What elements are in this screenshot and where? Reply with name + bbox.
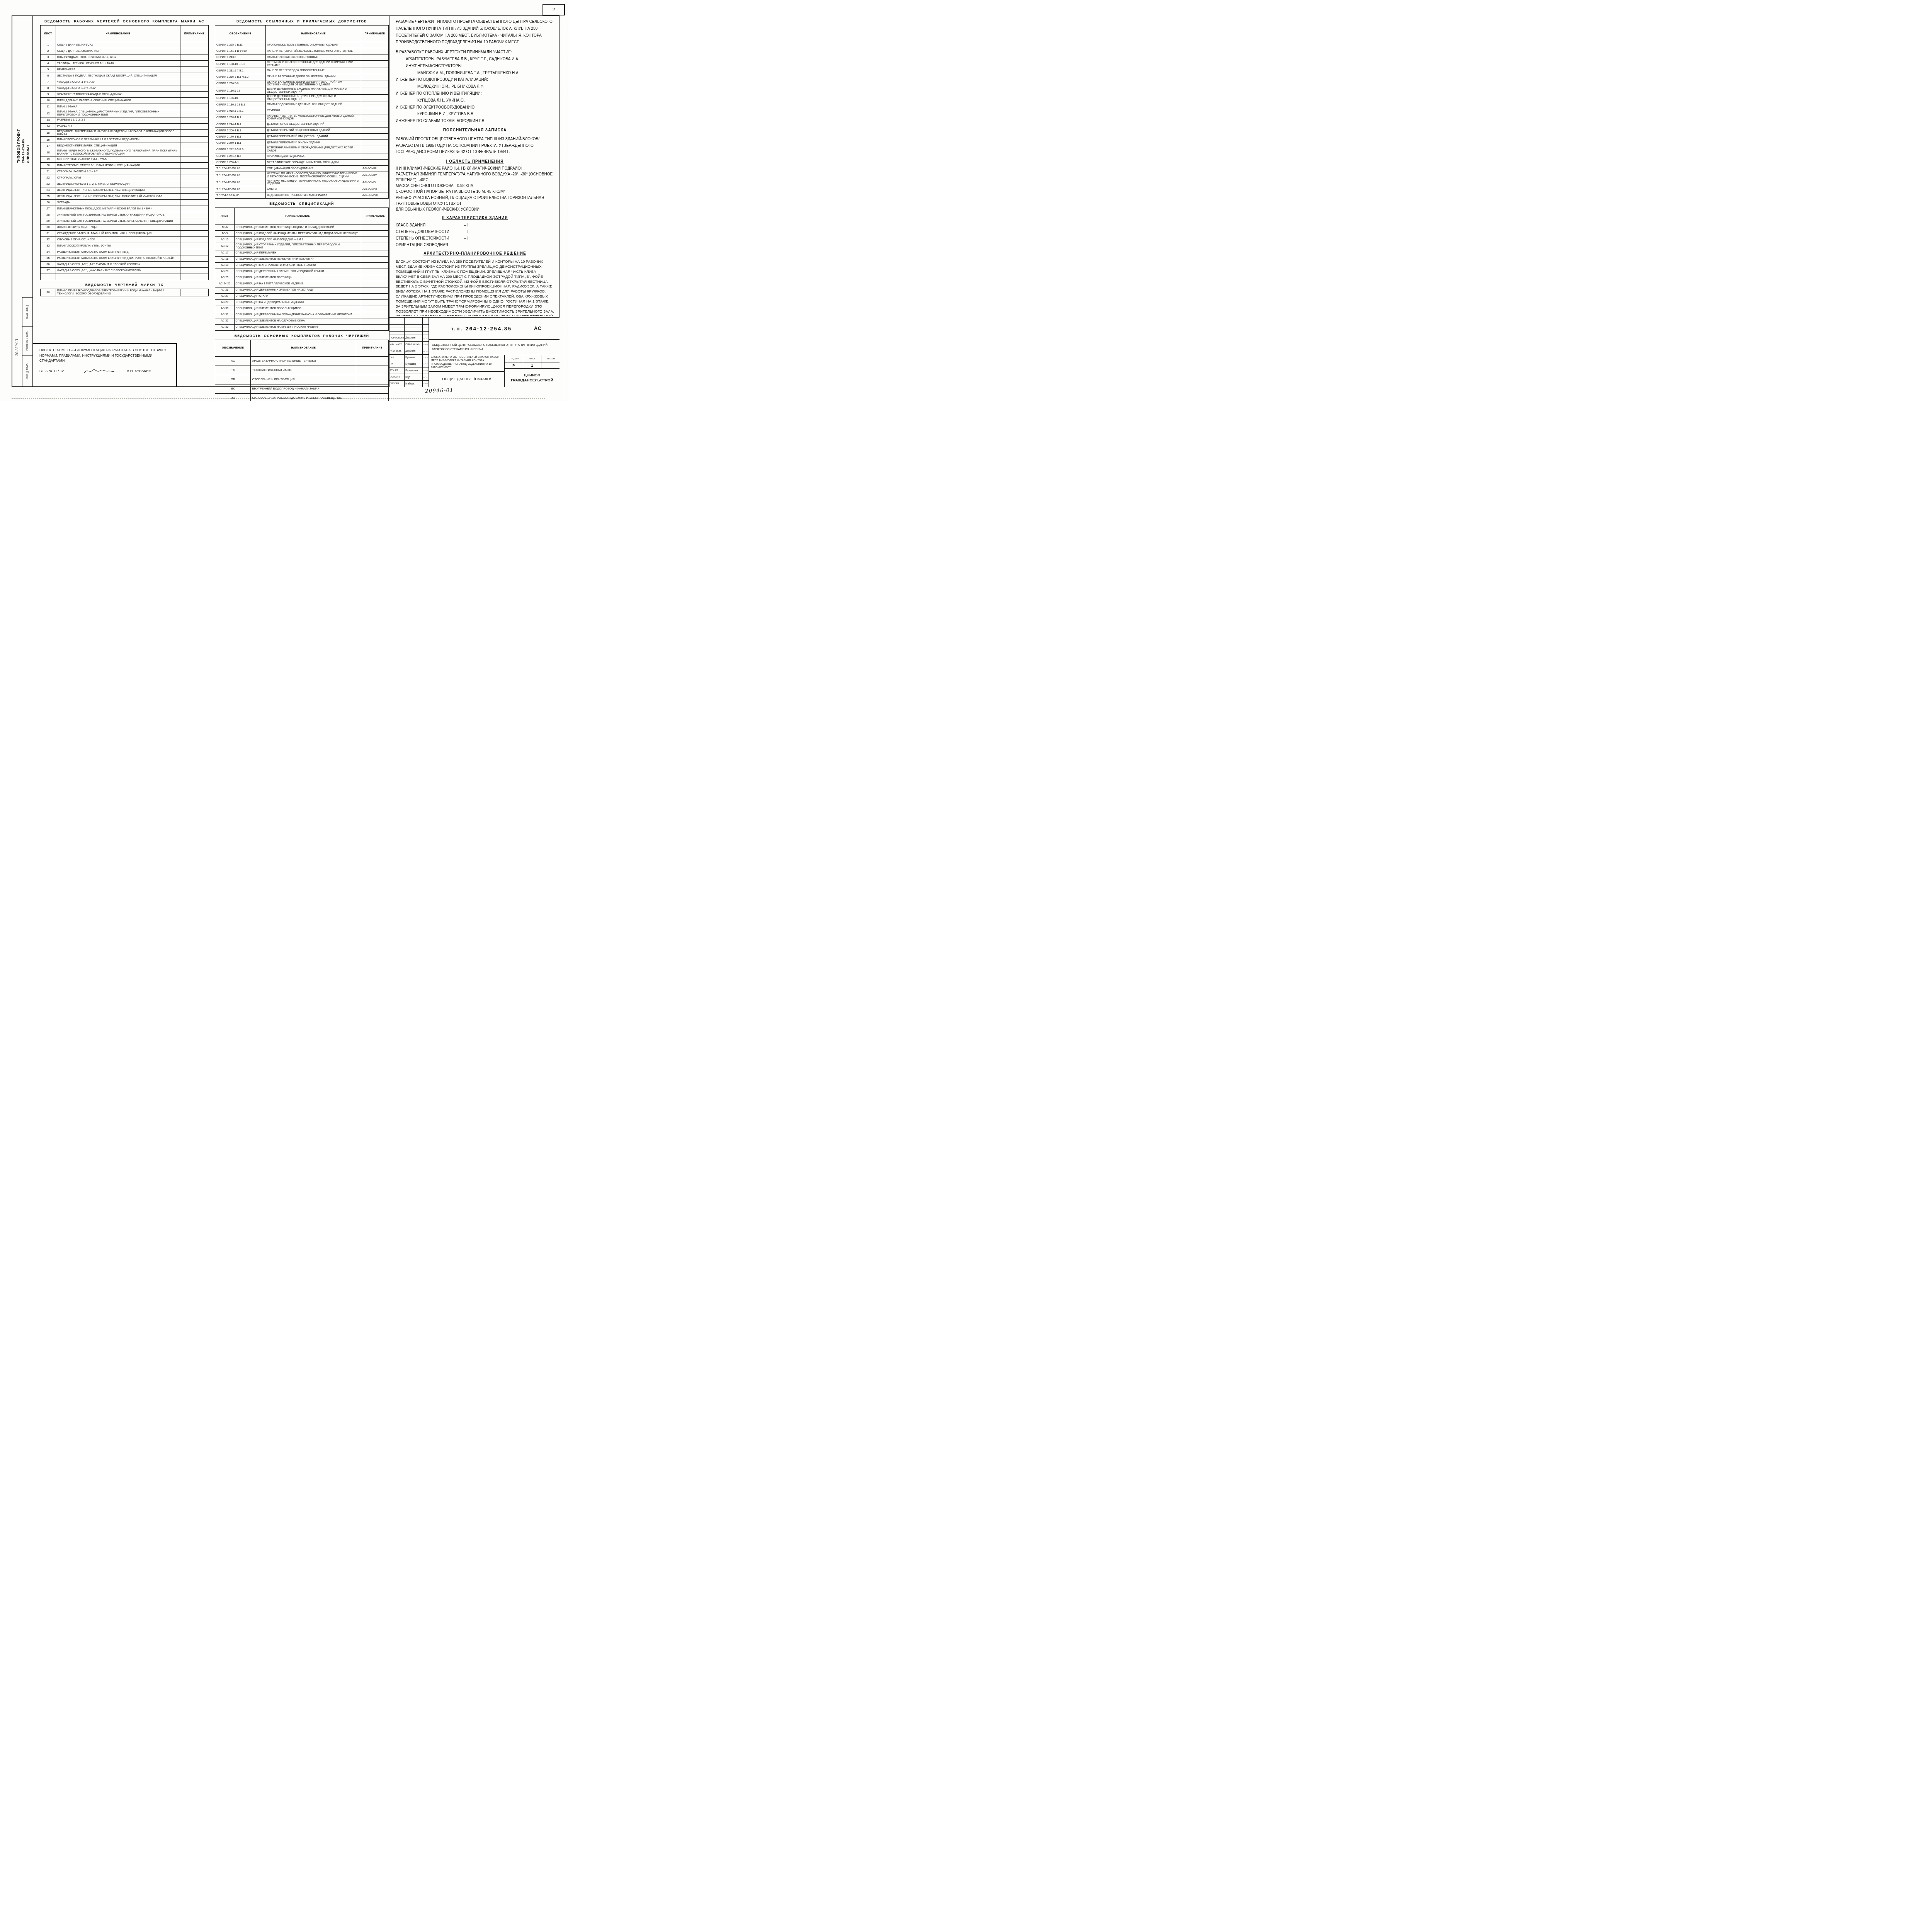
empty-cell: [423, 325, 429, 328]
person-row: Гл.инж.м.Доронин: [389, 348, 429, 355]
table-cell: 35: [41, 255, 56, 261]
table-cell: 4: [41, 61, 56, 67]
table-cell: Серия 2.260-1 в.3: [215, 128, 266, 134]
table-cell: [180, 230, 208, 236]
text-line: Расчетная зимняя температура наружного в…: [396, 172, 554, 183]
person-role: Исполн.: [389, 374, 405, 380]
page-number: 2: [553, 7, 555, 12]
table-cell: [180, 236, 208, 243]
sheet-value: 1: [523, 362, 541, 368]
table-cell: [180, 48, 208, 54]
table-cell: 11: [41, 104, 56, 110]
table-cell: 12: [41, 110, 56, 117]
table-cell: Альбом III: [361, 165, 388, 172]
signature-icon: [82, 367, 117, 374]
table-row: 1Общие данные /начало/: [41, 42, 209, 48]
table-cell: Металлические ограждения марша, площадки: [266, 159, 361, 165]
table-cell: Серия 1.256-1-1: [215, 159, 266, 165]
table-row: АС-18Спецификация элементов перекрытия и…: [215, 256, 389, 262]
table-cell: [361, 87, 388, 95]
table-cell: 36: [41, 261, 56, 267]
table-cell: ЭО: [215, 393, 251, 401]
table-cell: 8: [41, 85, 56, 92]
table-row: 7Фасады в осях „1-9“ ; „А-Е“: [41, 79, 209, 85]
table-cell: 38: [41, 289, 56, 296]
table-cell: Серия 1.225-2 в.11: [215, 42, 266, 48]
table-cell: Лестница. Лестничные косоуры ЛК-1, ЛК-2.…: [56, 187, 180, 193]
table-cell: План фундаментов. Сечения 11-11, 12-12: [56, 54, 180, 61]
table-row: Серия 2.244-1 в.4Детали полов общественн…: [215, 121, 389, 128]
table-cell: План 2 этажа. Спецификация столярных изд…: [56, 110, 180, 117]
table-cell: План плоской кровли. Узлы. Зонты: [56, 243, 180, 249]
table-cell: [180, 199, 208, 206]
stage-label: Стадия: [505, 355, 523, 362]
table-row: 18Планы чердачного, межэтажного, подваль…: [41, 149, 209, 156]
title-block-personnel: Нормоконт.ДоронинНач. маст.ОмельченкоГл.…: [389, 318, 429, 387]
col-header-note: Примечание: [180, 26, 208, 42]
table-row: Серия 1.136.5-19Двери деревянные входные…: [215, 87, 389, 95]
left-column: Ведомость рабочих чертежей основного ком…: [40, 18, 209, 296]
stage-value: Р: [505, 362, 523, 368]
table-cell: Лестница. Лестничные косоуры ЛК-1; ЛК-2.…: [56, 193, 180, 199]
signature-icon: [423, 335, 429, 341]
table-cell: ВК: [215, 384, 251, 393]
table-row: 27План штанкетных площадок. Металлически…: [41, 206, 209, 212]
table-cell: [361, 318, 388, 324]
person-role: Рук. гр.: [389, 367, 405, 374]
spec-table: Лист Наименование Примечание АС-6Специфи…: [215, 207, 389, 331]
table-row: 20План стропил. Разрез 1-1. План кровли.…: [41, 162, 209, 168]
architectural-paragraph: Блок „А“ состоит из клуба на 250 посетит…: [396, 260, 554, 316]
table-cell: Венткамера: [56, 67, 180, 73]
table-cell: [361, 231, 388, 237]
table-cell: т.п 264-12-254.85: [215, 192, 266, 199]
table-cell: [180, 181, 208, 187]
table-cell: [361, 224, 388, 231]
table-row: 28Зрительный зал. Гостинная. Развертки с…: [41, 212, 209, 218]
table-cell: АС-10: [215, 237, 235, 243]
table-cell: [361, 159, 388, 165]
table-cell: Серия 1.236-6 в.1 ч.1,2: [215, 74, 266, 80]
empty-cell: [405, 318, 422, 321]
table-row: 31Ограждение балкона. Главный фронтон. У…: [41, 230, 209, 236]
table-cell: [180, 143, 208, 149]
col-header-name: Наименование: [56, 26, 180, 42]
table-cell: Ограждение балкона. Главный фронтон. Узл…: [56, 230, 180, 236]
table-cell: 14: [41, 123, 56, 129]
table-row: Серия 1.236-6 в.1 ч.1,2Окна и балконные …: [215, 74, 389, 80]
table-row: АС-3Спецификация изделий на фундаменты, …: [215, 231, 389, 237]
table-cell: [356, 375, 389, 384]
table-cell: АС-26: [215, 287, 235, 293]
col-header-name: Наименование: [266, 26, 361, 42]
table-cell: [361, 275, 388, 281]
table-cell: 27: [41, 206, 56, 212]
table-cell: Парапетные плиты, железобетонные для жил…: [266, 114, 361, 121]
stage-col: Стадия Р: [505, 355, 523, 368]
compliance-note-box: Проектно-сметная документация разработан…: [32, 343, 177, 387]
table-cell: Фасады в осях „1-9“ ; „А-Е“: [56, 79, 180, 85]
table-cell: [180, 193, 208, 199]
stamp-box: Инв. № подл.: [22, 355, 32, 386]
table-cell: 5: [41, 67, 56, 73]
table-cell: Лестница. Разрезы 1-1, 2-2. Узлы. Специф…: [56, 181, 180, 187]
as-sheet-table: Лист Наименование Примечание 1Общие данн…: [40, 25, 209, 280]
person-role: Нач. маст.: [389, 342, 405, 348]
table-cell: Панели перекрытий железобетонные многопу…: [266, 48, 361, 54]
table-cell: [361, 293, 388, 299]
person-name: Кувакин: [405, 355, 422, 361]
table-cell: 33: [41, 243, 56, 249]
table-cell: [180, 175, 208, 181]
empty-cell: [405, 325, 422, 328]
table-row: ЭОСиловое электрооборудование и электроо…: [215, 393, 389, 401]
compliance-note-text: Проектно-сметная документация разработан…: [39, 348, 171, 364]
table-cell: Спецификация деревянных элементов на эст…: [234, 287, 361, 293]
table-cell: Детали перекрытий обществен. зданий: [266, 134, 361, 140]
table-row: АС-29Спецификация на индивидуальные изде…: [215, 299, 389, 306]
empty-cell: [389, 328, 405, 331]
table-cell: АС-32: [215, 318, 235, 324]
table-cell: Общие данные /окончание/: [56, 48, 180, 54]
table-cell: Серия 1.138-10 в.1,2: [215, 61, 266, 68]
table-cell: АС-31: [215, 312, 235, 318]
table-cell: [361, 237, 388, 243]
table-cell: Стропила. Разрезы 2-2 ÷ 7-7: [56, 168, 180, 175]
table-row: 34Развертки вентканалов по осям Е; 2; 4;…: [41, 249, 209, 255]
table-cell: [180, 117, 208, 123]
table-row: АС-30Спецификация элементов лобовых щито…: [215, 306, 389, 312]
table-cell: [356, 366, 389, 375]
table-row: 14Разрез 4-4: [41, 123, 209, 129]
col-header-designation: Обозначение: [215, 26, 266, 42]
person-name: Разумеева: [405, 367, 422, 374]
table-row: [41, 274, 209, 280]
col-header-designation: Обозначение: [215, 340, 251, 356]
empty-cell: [389, 318, 405, 321]
revision-row: [389, 325, 429, 328]
table-cell: 25: [41, 193, 56, 199]
plumbing-label: Инженер по водопроводу и канализаций:: [396, 77, 554, 83]
person-row: ГИПМурашко: [389, 361, 429, 368]
table-row: 32Слуховые окна СО1 ÷ СО4: [41, 236, 209, 243]
person-row: Исполн.Круг: [389, 374, 429, 381]
table-cell: Отопление и вентиляция: [251, 375, 356, 384]
table-row: Серия 1.136.1-13 в.1Плиты подоконные для…: [215, 102, 389, 108]
hvac-label: Инженер по отоплению и вентиляции:: [396, 90, 554, 97]
table-cell: [180, 137, 208, 143]
spec-table-title: Ведомость спецификаций: [215, 202, 389, 206]
right-column: Рабочие чертежи типового проекта обществ…: [389, 15, 560, 387]
table-row: АС-31Спецификация древесины на ограждени…: [215, 312, 389, 318]
table-cell: [361, 250, 388, 256]
table-row: 17Ведомости перемычек. Спецификация: [41, 143, 209, 149]
architectural-heading: Архитектурно-планировочное решение: [396, 252, 554, 256]
table-row: АС-27Спецификация стали: [215, 293, 389, 299]
table-row: АС-32Спецификация элементов на слуховые …: [215, 318, 389, 324]
table-cell: ТХ: [215, 366, 251, 375]
table-row: 16План прогонов и перемычек 1 и 2 этажей…: [41, 137, 209, 143]
table-row: Серия 1.238-1 в.1Парапетные плиты, желез…: [215, 114, 389, 121]
table-cell: Спецификация элементов на слуховые окна: [234, 318, 361, 324]
text-line: Для обычных геологических условий: [396, 207, 554, 213]
empty-cell: [389, 325, 405, 328]
sheets-col: Листов: [541, 355, 560, 368]
text-line: Рельеф участка ровный, площадка строител…: [396, 195, 554, 201]
table-row: АС-12Спецификация столярных изделий, гип…: [215, 243, 389, 250]
table-cell: 30: [41, 224, 56, 230]
table-cell: Технологическая часть: [251, 366, 356, 375]
table-cell: [180, 42, 208, 48]
table-cell: Детали перекрытий жилых зданий: [266, 140, 361, 146]
sheets-label: Листов: [541, 355, 560, 362]
signature-icon: [423, 361, 429, 367]
table-cell: Плиты плоские железобетонные: [266, 54, 361, 61]
table-row: 30Лобовые щиты ЛЩ-1 ÷ ЛЩ-9: [41, 224, 209, 230]
table-cell: [180, 98, 208, 104]
table-cell: План прогонов и перемычек 1 и 2 этажей. …: [56, 137, 180, 143]
person-name: Майсюк: [405, 381, 422, 387]
revision-row: [389, 318, 429, 321]
tx-section-title: Ведомость чертежей марки ТХ: [40, 283, 209, 287]
table-cell: Двери деревянные входные наружные для жи…: [266, 87, 361, 95]
table-row: 5Венткамера: [41, 67, 209, 73]
table-cell: [361, 61, 388, 68]
plumbing-names: Молодкин Ю.И., Рыбникова Л.Ф.: [396, 83, 554, 90]
table-row: 15Ведомость внутренних и наружных отдело…: [41, 129, 209, 137]
table-cell: Фасады в осях „1-9“ ; „А-Е“ /Вариант с п…: [56, 261, 180, 267]
table-cell: [361, 48, 388, 54]
person-row: Провер.Майсюк: [389, 381, 429, 387]
table-row: АС-10Спецификация изделий на площадки №1…: [215, 237, 389, 243]
table-cell: [180, 67, 208, 73]
table-cell: [180, 104, 208, 110]
table-cell: 24: [41, 187, 56, 193]
table-cell: т.п. 264-12-254.85: [215, 172, 266, 179]
table-cell: Лестница в подвал. Лестница в склад деко…: [56, 73, 180, 79]
table-cell: АС-18: [215, 256, 235, 262]
table-cell: [361, 256, 388, 262]
person-name: Мурашко: [405, 361, 422, 367]
col-header-note: Примечание: [361, 208, 388, 224]
scope-lines: II и III климатические районы, I в клима…: [396, 166, 554, 213]
table-cell: [361, 128, 388, 134]
col-header-list: Лист: [215, 208, 235, 224]
text-line: Масса снегового покрова - 0.98 кПа: [396, 183, 554, 189]
table-cell: Окна и балконные двери деревянные с трой…: [266, 80, 361, 87]
col-header-list: Лист: [41, 26, 56, 42]
table-cell: Детали покрытий общественных зданий: [266, 128, 361, 134]
text-line: Скоростной напор ветра на высоте 10 м. 4…: [396, 189, 554, 195]
header-row: Обозначение Наименование Примечание: [215, 340, 389, 356]
table-cell: Спецификация перемычек: [234, 250, 361, 256]
table-cell: – II: [464, 229, 510, 235]
table-cell: [361, 42, 388, 48]
revision-row: [389, 328, 429, 332]
electrical-names: Курочкин В.И., Крутова В.В.: [396, 111, 554, 118]
note-heading: Пояснительная записка: [396, 128, 554, 133]
table-cell: Ведомости перемычек. Спецификация: [56, 143, 180, 149]
sheet-col: Лист 1: [523, 355, 542, 368]
table-cell: Спецификация изделий на фундаменты, пере…: [234, 231, 361, 237]
table-cell: Серия 2.140-1 в.1: [215, 134, 266, 140]
table-row: 13Разрезы 1-1; 2-2; 3-3: [41, 117, 209, 123]
empty-cell: [405, 321, 422, 324]
person-row: Нач. маст.Омельченко: [389, 342, 429, 348]
table-cell: Окна и балконные двери обществен. зданий: [266, 74, 361, 80]
table-cell: 15: [41, 129, 56, 137]
table-row: Степень долговечности– II: [396, 229, 510, 235]
table-cell: [361, 94, 388, 102]
note-paragraph: Рабочий проект общественного центра тип …: [396, 136, 554, 156]
table-cell: АС-27: [215, 293, 235, 299]
table-row: Серия 2.140-1 в.1Детали перекрытий общес…: [215, 134, 389, 140]
table-cell: Спецификация элементов лестницы: [234, 275, 361, 281]
table-cell: Планы чердачного, межэтажного, подвально…: [56, 149, 180, 156]
table-cell: 3: [41, 54, 56, 61]
table-cell: АС-19: [215, 262, 235, 269]
table-row: Серия 1.136-10Двери деревянные внутренни…: [215, 94, 389, 102]
table-cell: Спецификация древесины на ограждение бал…: [234, 312, 361, 318]
table-row: Серия 1.141-1 в 64,60Панели перекрытий ж…: [215, 48, 389, 54]
col-header-note: Примечание: [356, 340, 389, 356]
as-table-title: Ведомость рабочих чертежей основного ком…: [40, 19, 209, 23]
table-cell: [361, 108, 388, 114]
table-cell: Чертежи нестандартизированного механообо…: [266, 179, 361, 186]
table-row: 35Развертки вентканалов по осям Е; 2; 4;…: [41, 255, 209, 261]
table-cell: Серия 1.136.5-19: [215, 87, 266, 95]
table-cell: 32: [41, 236, 56, 243]
table-row: АС-17Спецификация перемычек: [215, 250, 389, 256]
table-cell: [361, 306, 388, 312]
table-cell: 34: [41, 249, 56, 255]
middle-column: Ведомость ссылочных и прилагаемых докуме…: [215, 18, 389, 401]
table-cell: 31: [41, 230, 56, 236]
table-row: 12План 2 этажа. Спецификация столярных и…: [41, 110, 209, 117]
table-cell: План с привязкой подвалов электроэнергии…: [56, 289, 180, 296]
table-cell: Класс здания: [396, 222, 464, 229]
table-cell: 37: [41, 267, 56, 274]
table-cell: Серия 1.055.1-1 в.1: [215, 108, 266, 114]
table-cell: Спецификация на 1 металлическое изделие: [234, 281, 361, 287]
table-cell: Спецификация оборудования: [266, 165, 361, 172]
table-row: 19Монолитные участки УМ-1 ÷ УМ-5: [41, 156, 209, 162]
table-cell: 17: [41, 143, 56, 149]
table-cell: [180, 224, 208, 230]
sheets-value: [541, 362, 560, 368]
table-cell: Двери деревянные внутренние, для жилых и…: [266, 94, 361, 102]
architects-line: Архитекторы: Разумеева Л.В., Круг Е.Г., …: [396, 56, 554, 63]
revision-row: [389, 332, 429, 335]
table-cell: [361, 102, 388, 108]
table-cell: [361, 134, 388, 140]
intro-paragraph: Рабочие чертежи типового проекта обществ…: [396, 19, 554, 46]
table-cell: [361, 114, 388, 121]
table-row: 11План 1 этажа: [41, 104, 209, 110]
table-cell: Серия 1.271-4 в.7: [215, 153, 266, 159]
table-row: Серия 1.271-4 в.7Прилавки для гардероба: [215, 153, 389, 159]
table-row: 4Таблица нагрузок. Сечения 1-1 ÷ 10-10: [41, 61, 209, 67]
table-cell: Развертки вентканалов по осям Е; 2; 4; 6…: [56, 249, 180, 255]
table-cell: АС-23: [215, 275, 235, 281]
table-cell: Спецификация материалов на монолитные уч…: [234, 262, 361, 269]
table-row: ТХТехнологическая часть: [215, 366, 389, 375]
table-cell: Слуховые окна СО1 ÷ СО4: [56, 236, 180, 243]
project-name-label: Типовой проект: [17, 39, 20, 163]
table-row: АС-26Спецификация деревянных элементов н…: [215, 287, 389, 293]
signature-icon: [423, 348, 429, 354]
personnel-rows: Нормоконт.ДоронинНач. маст.ОмельченкоГл.…: [389, 335, 429, 387]
stamp-box: Взам. инв. №: [22, 297, 32, 326]
table-row: АС-19Спецификация материалов на монолитн…: [215, 262, 389, 269]
table-cell: [361, 146, 388, 153]
table-cell: Альбом V: [361, 179, 388, 186]
inventory-number: 20-3304-3: [13, 318, 22, 376]
table-cell: Сметы: [266, 186, 361, 192]
table-cell: [361, 54, 388, 61]
table-row: 23Лестница. Разрезы 1-1, 2-2. Узлы. Спец…: [41, 181, 209, 187]
table-row: 8Фасады в осях „8-1“ ; „Ж-А“: [41, 85, 209, 92]
signature-icon: [423, 342, 429, 348]
table-row: т.п. 264-12-254.85Чертежи по механообору…: [215, 172, 389, 179]
table-cell: Ведомость внутренних и наружных отделочн…: [56, 129, 180, 137]
table-cell: Прогоны железобетонные. Опорные подушки: [266, 42, 361, 48]
table-cell: АС-17: [215, 250, 235, 256]
table-row: 37Фасады в осях „8-1“ ; „Ж-А“ /Вариант с…: [41, 267, 209, 274]
table-cell: [361, 281, 388, 287]
table-cell: [180, 54, 208, 61]
scope-heading: I Область применения: [396, 160, 554, 164]
table-cell: [361, 287, 388, 293]
table-cell: 21: [41, 168, 56, 175]
stage-grid: Стадия Р Лист 1 Листов: [505, 355, 560, 369]
table-cell: Общие данные /начало/: [56, 42, 180, 48]
table-cell: Спецификация деревянных элементов чердач…: [234, 269, 361, 275]
table-cell: Серия 1.231.9-7 в.1: [215, 68, 266, 74]
table-row: т.п. 264-12-254.85Спецификация оборудова…: [215, 165, 389, 172]
table-cell: Фасады в осях „8-1“ ; „Ж-А“ /Вариант с п…: [56, 267, 180, 274]
header-row: Лист Наименование Примечание: [41, 26, 209, 42]
table-cell: Серия 2.240-1 в.1: [215, 140, 266, 146]
table-cell: 28: [41, 212, 56, 218]
col-header-note: Примечание: [361, 26, 388, 42]
table-cell: [180, 267, 208, 274]
person-name: Доронин: [405, 335, 422, 341]
table-cell: [361, 74, 388, 80]
table-row: Серия 1.256-1-1Металлические ограждения …: [215, 159, 389, 165]
table-cell: Спецификация элементов на крышу /плоская…: [234, 324, 361, 330]
table-cell: Развертки вентканалов по осям Е; 2; 4; 6…: [56, 255, 180, 261]
empty-cell: [405, 332, 422, 335]
table-cell: [180, 149, 208, 156]
table-cell: АС-6: [215, 224, 235, 231]
person-role: ГИП: [389, 361, 405, 367]
organization-name: ЦНИИЭП граждансельстрой: [505, 369, 560, 387]
table-row: 24Лестница. Лестничные косоуры ЛК-1, ЛК-…: [41, 187, 209, 193]
table-cell: Детали полов общественных зданий: [266, 121, 361, 128]
table-cell: – II: [464, 235, 510, 242]
table-row: Класс здания– II: [396, 222, 510, 229]
table-cell: Таблица нагрузок. Сечения 1-1 ÷ 10-10: [56, 61, 180, 67]
header-row: Лист Наименование Примечание: [215, 208, 389, 224]
table-cell: [361, 299, 388, 306]
signature-icon: [423, 355, 429, 361]
table-row: Серия 1.055.1-1 в.1Ступени: [215, 108, 389, 114]
table-cell: АС-24,25: [215, 281, 235, 287]
empty-cell: [423, 321, 429, 324]
empty-cell: [389, 321, 405, 324]
table-cell: Спецификация столярных изделий, гипсобет…: [234, 243, 361, 250]
